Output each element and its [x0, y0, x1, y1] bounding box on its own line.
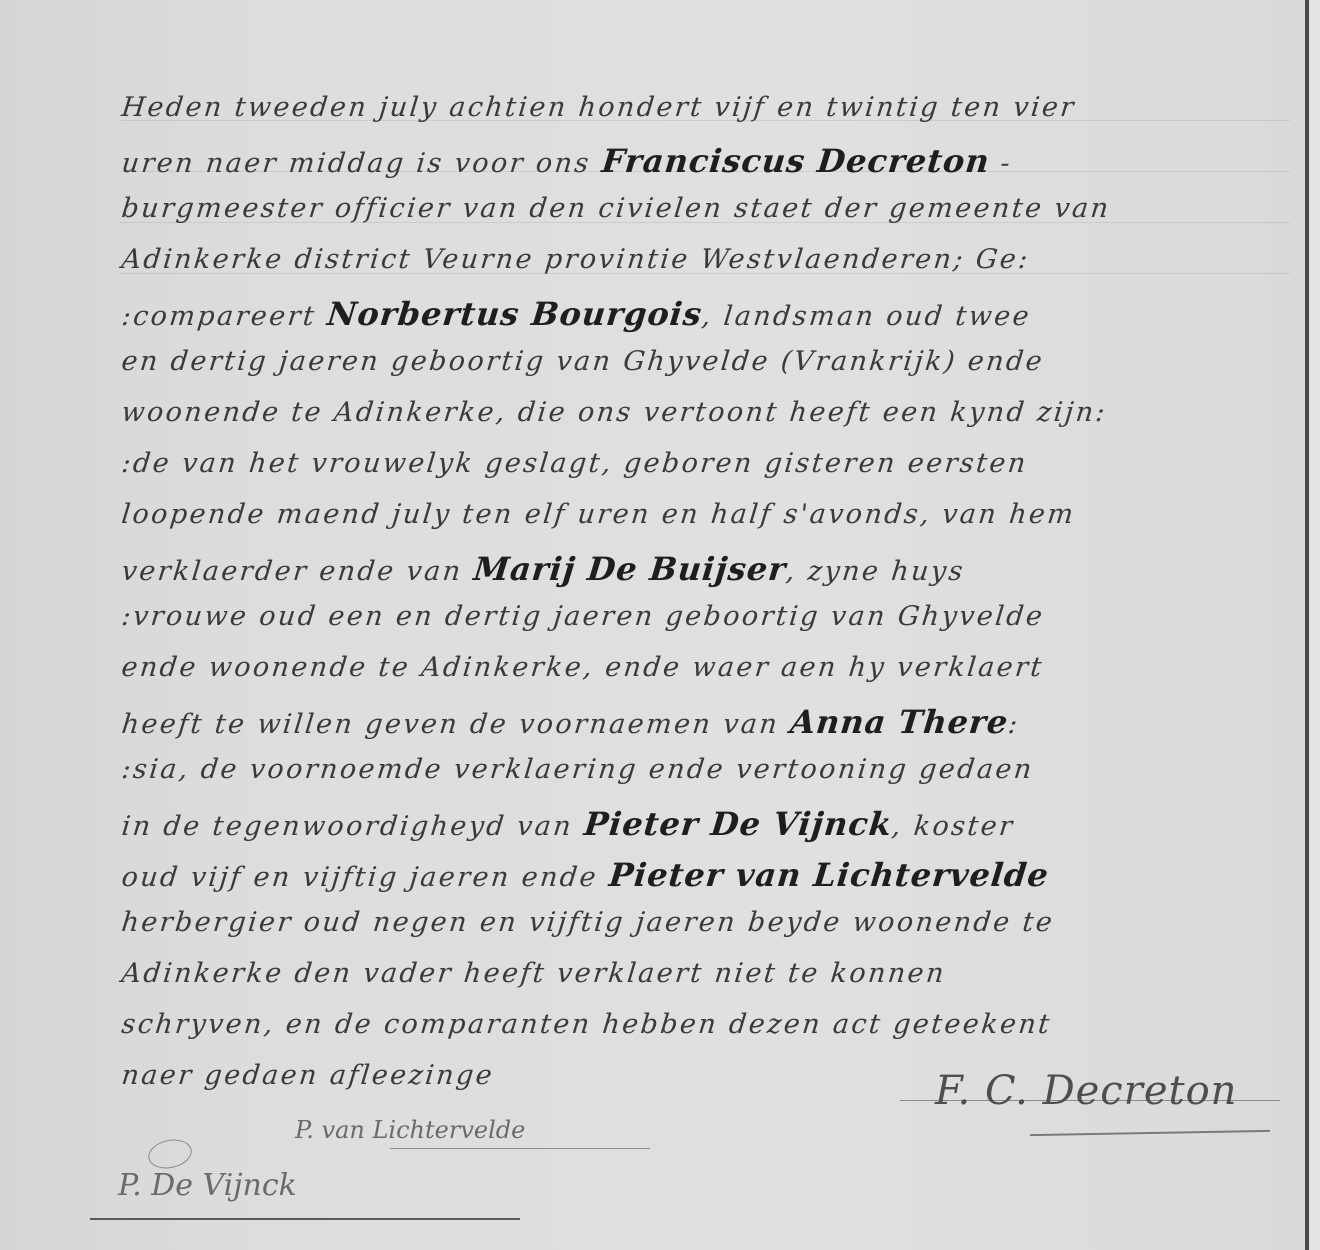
record-line-9: loopende maend july ten elf uren en half…: [120, 499, 1077, 530]
witness1-name: Pieter De Vijnck: [582, 805, 894, 843]
signature-underline: [1030, 1130, 1270, 1136]
record-line-14: :sia, de voornoemde verklaering ende ver…: [120, 754, 1035, 785]
record-line-3: burgmeester officier van den civielen st…: [120, 193, 1112, 224]
page-edge: [1310, 0, 1320, 1250]
record-line-13: heeft te willen geven de voornaemen van …: [120, 703, 1022, 741]
signature-flourish-line: [90, 1218, 520, 1220]
record-line-4: Adinkerke district Veurne provintie West…: [120, 244, 1031, 275]
signature-underline: [390, 1148, 650, 1149]
witness2-name: Pieter van Lichtervelde: [607, 856, 1051, 894]
record-line-17: herbergier oud negen en vijftig jaeren b…: [120, 907, 1056, 938]
record-line-5: :compareert Norbertus Bourgois, landsman…: [120, 295, 1033, 333]
officer-name: Franciscus Decreton: [600, 142, 992, 180]
record-line-7: woonende te Adinkerke, die ons vertoont …: [120, 397, 1109, 428]
record-line-19: schryven, en de comparanten hebben dezen…: [120, 1009, 1053, 1040]
signature-scribble-mark: [146, 1136, 195, 1173]
mother-name: Marij De Buijser: [472, 550, 788, 588]
document-page: Heden tweeden july achtien hondert vijf …: [0, 0, 1320, 1250]
record-line-11: :vrouwe oud een en dertig jaeren geboort…: [120, 601, 1046, 632]
witness-van-lichtervelde-signature: P. van Lichtervelde: [295, 1116, 525, 1144]
record-line-10: verklaerder ende van Marij De Buijser, z…: [120, 550, 967, 588]
officer-signature: F. C. Decreton: [935, 1068, 1237, 1114]
witness-de-vijnck-signature: P. De Vijnck: [118, 1168, 297, 1203]
record-line-8: :de van het vrouwelyk geslagt, geboren g…: [120, 448, 1029, 479]
record-line-12: ende woonende te Adinkerke, ende waer ae…: [120, 652, 1045, 683]
record-line-16: oud vijf en vijftig jaeren ende Pieter v…: [120, 856, 1051, 894]
record-line-6: en dertig jaeren geboortig van Ghyvelde …: [120, 346, 1046, 377]
child-name: Anna There: [788, 703, 1010, 741]
record-line-20: naer gedaen afleezinge: [120, 1060, 496, 1091]
record-line-1: Heden tweeden july achtien hondert vijf …: [120, 92, 1077, 123]
record-line-15: in de tegenwoordigheyd van Pieter De Vij…: [120, 805, 1017, 843]
record-line-2: uren naer middag is voor ons Franciscus …: [120, 142, 1014, 180]
declarant-name: Norbertus Bourgois: [325, 295, 704, 333]
margin-rule: [1305, 0, 1309, 1250]
record-line-18: Adinkerke den vader heeft verklaert niet…: [120, 958, 948, 989]
